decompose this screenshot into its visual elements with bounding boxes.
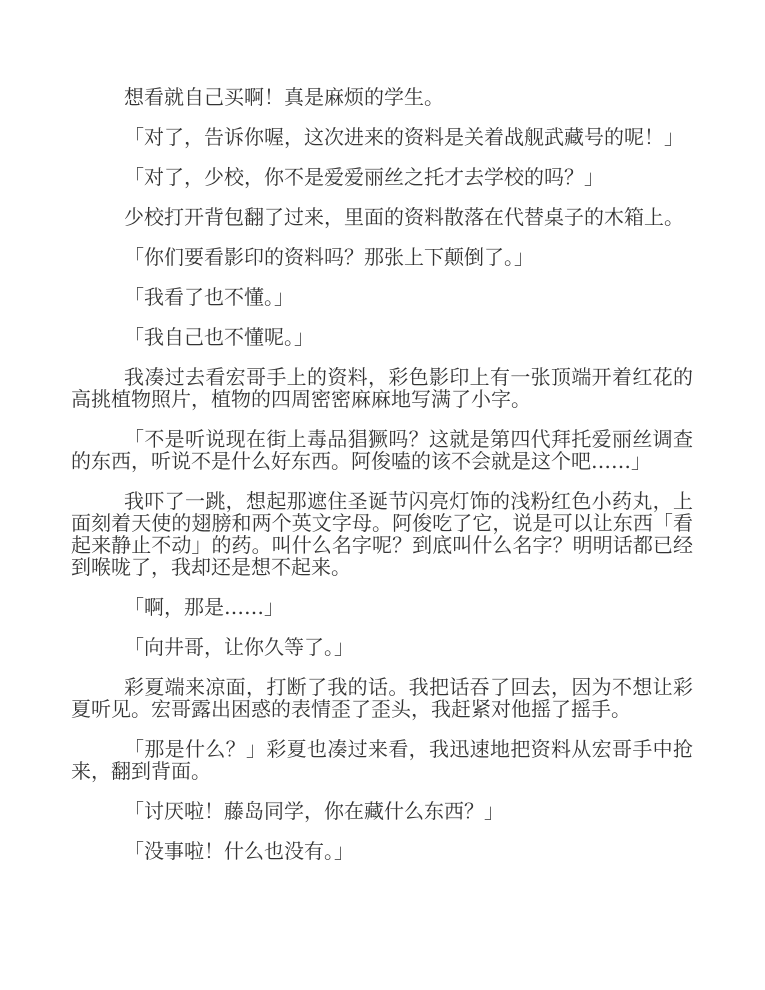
paragraph-dialogue: 「不是听说现在街上毒品猖獗吗？这就是第四代拜托爱丽丝调查的东西，听说不是什么好东…	[71, 428, 693, 472]
paragraph: 想看就自己买啊！真是麻烦的学生。	[71, 86, 693, 108]
paragraph: 我吓了一跳，想起那遮住圣诞节闪亮灯饰的浅粉红色小药丸，上面刻着天使的翅膀和两个英…	[71, 490, 693, 578]
paragraph-dialogue: 「对了，少校，你不是爱爱丽丝之托才去学校的吗？」	[71, 166, 693, 188]
paragraph-dialogue: 「我自己也不懂呢。」	[71, 326, 693, 348]
paragraph-dialogue: 「我看了也不懂。」	[71, 286, 693, 308]
ebook-page: 想看就自己买啊！真是麻烦的学生。 「对了，告诉你喔，这次进来的资料是关着战舰武藏…	[0, 0, 765, 990]
paragraph-dialogue: 「向井哥，让你久等了。」	[71, 636, 693, 658]
paragraph-dialogue: 「讨厌啦！藤岛同学，你在藏什么东西？」	[71, 800, 693, 822]
paragraph: 「那是什么？」彩夏也凑过来看，我迅速地把资料从宏哥手中抢来，翻到背面。	[71, 738, 693, 782]
paragraph: 少校打开背包翻了过来，里面的资料散落在代替桌子的木箱上。	[71, 206, 693, 228]
paragraph-dialogue: 「对了，告诉你喔，这次进来的资料是关着战舰武藏号的呢！」	[71, 126, 693, 148]
paragraph-dialogue: 「没事啦！什么也没有。」	[71, 840, 693, 862]
paragraph: 彩夏端来凉面，打断了我的话。我把话吞了回去，因为不想让彩夏听见。宏哥露出困惑的表…	[71, 676, 693, 720]
paragraph-dialogue: 「啊，那是……」	[71, 596, 693, 618]
paragraph: 我凑过去看宏哥手上的资料，彩色影印上有一张顶端开着红花的高挑植物照片，植物的四周…	[71, 366, 693, 410]
paragraph-dialogue: 「你们要看影印的资料吗？那张上下颠倒了。」	[71, 246, 693, 268]
